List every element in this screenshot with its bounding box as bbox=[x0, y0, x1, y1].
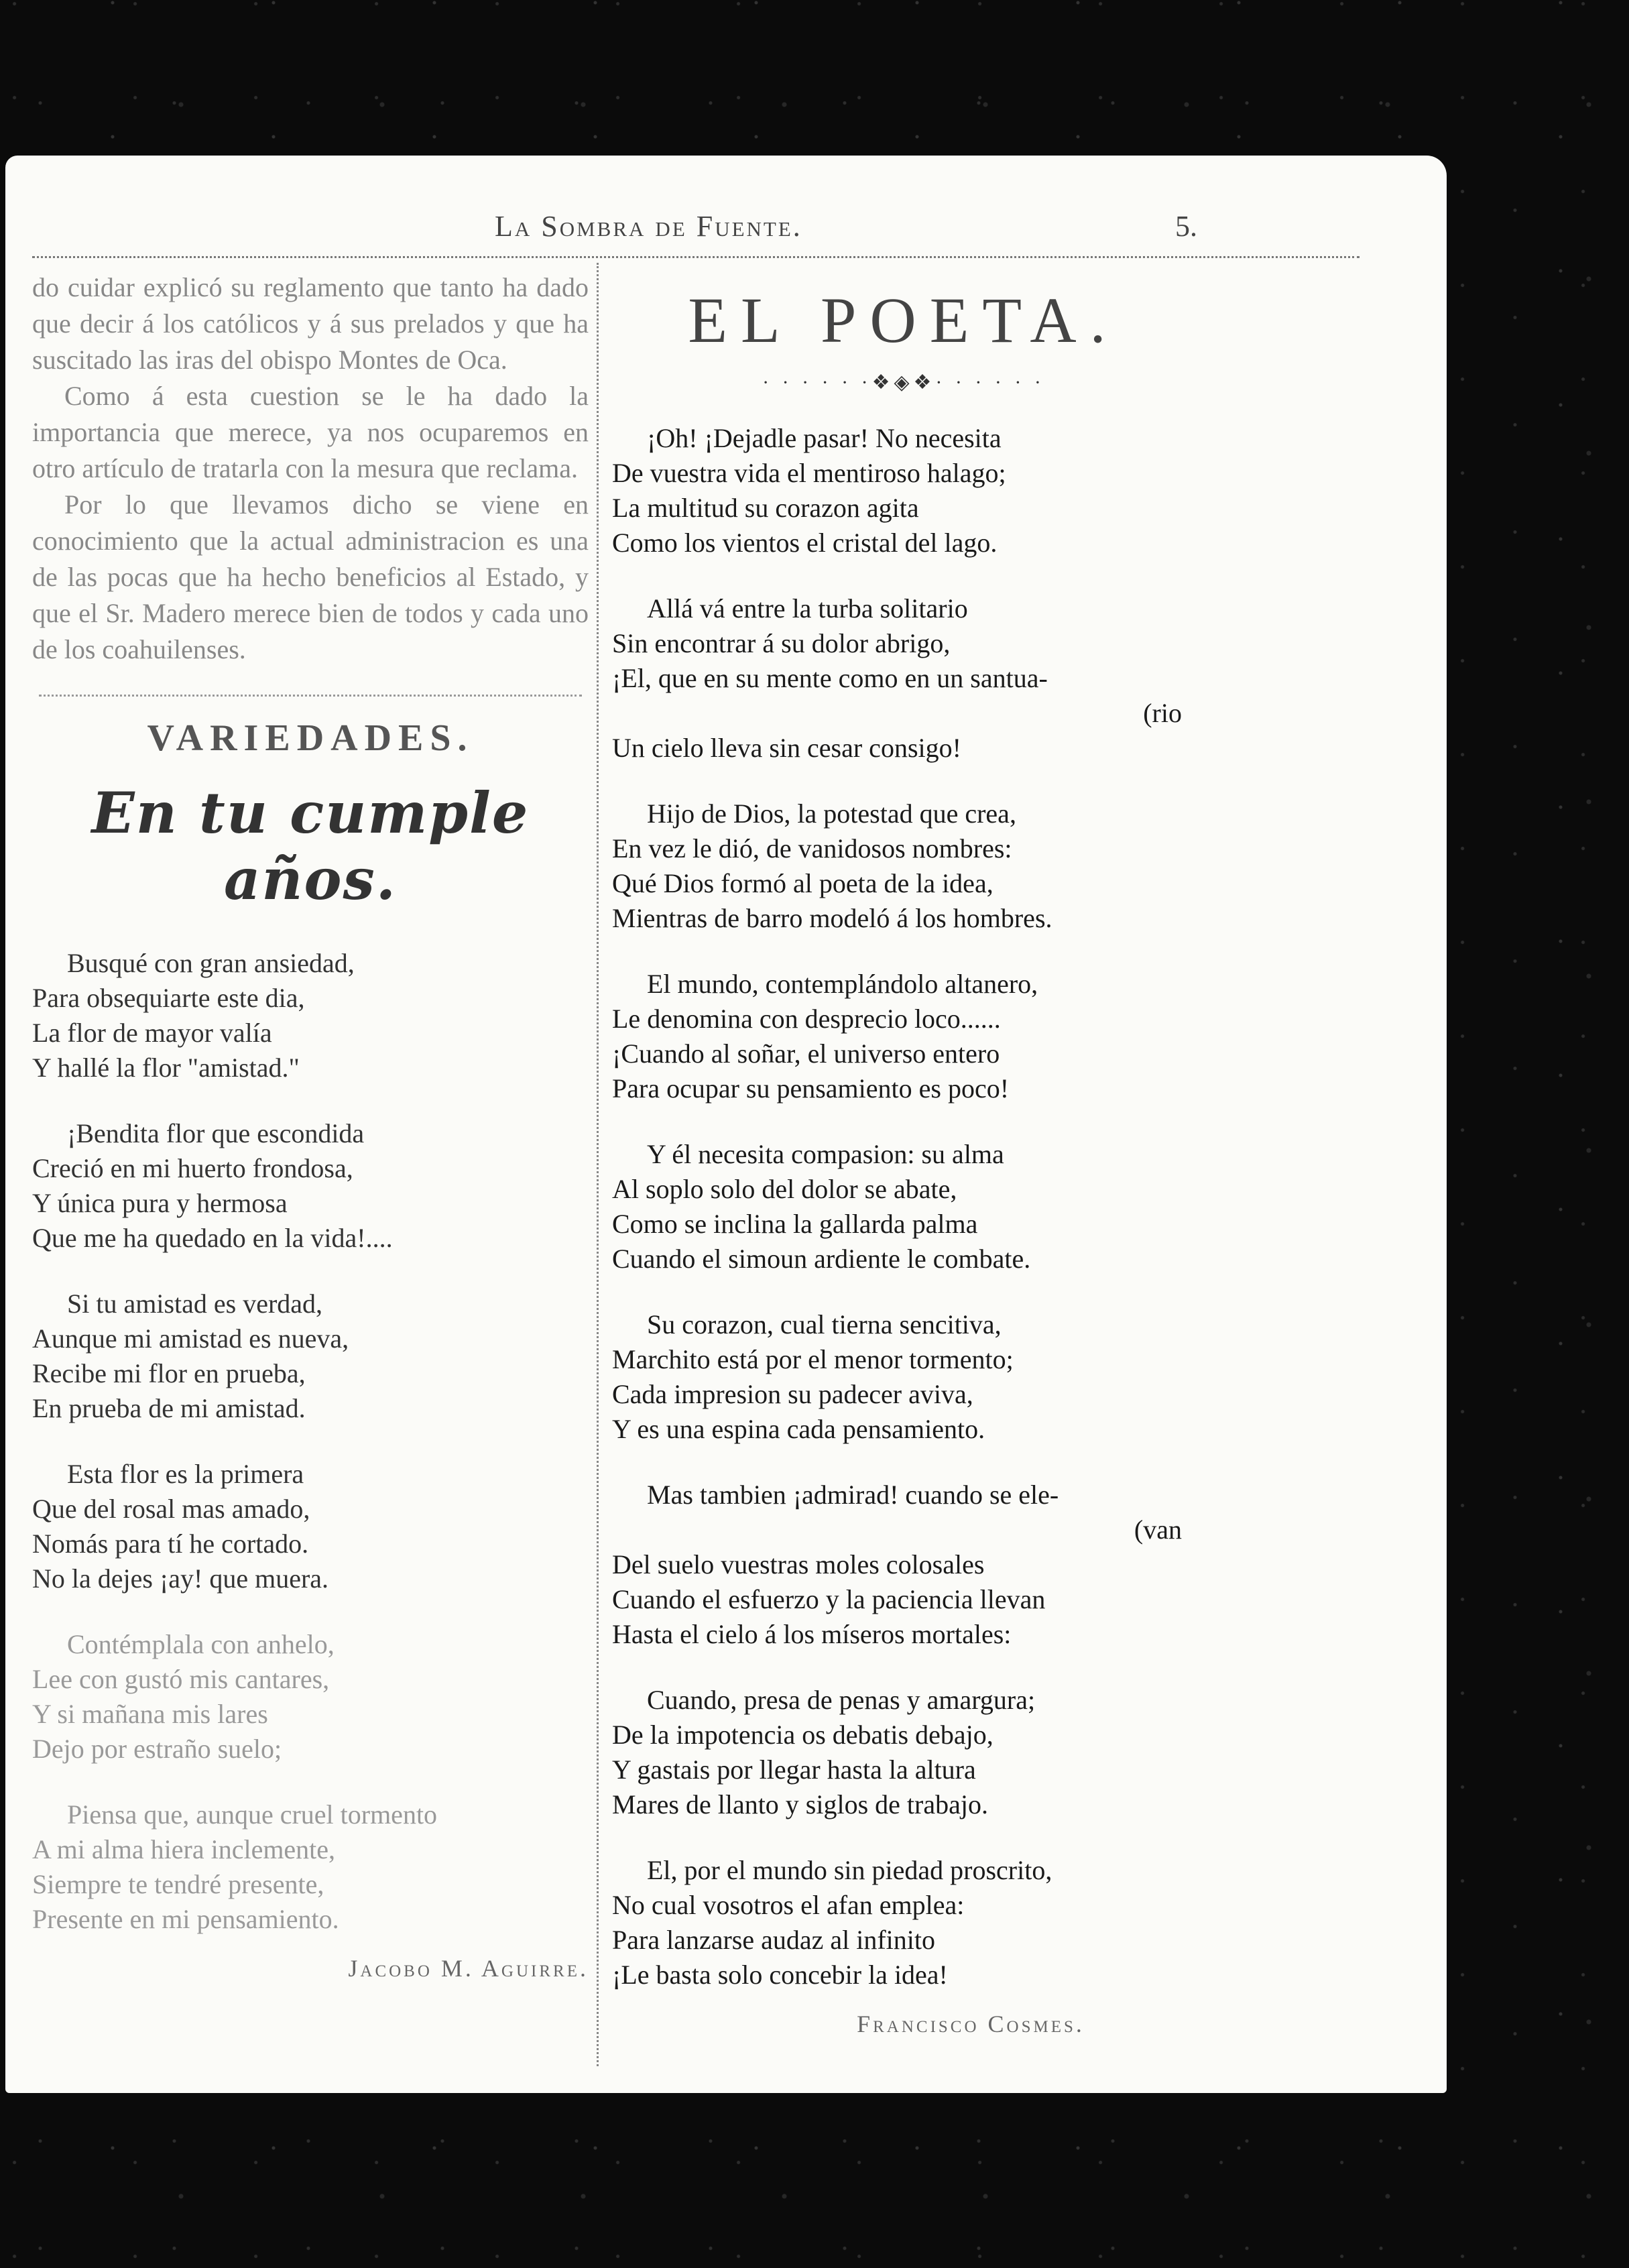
verse-line: Esta flor es la primera bbox=[32, 1457, 589, 1492]
stanza: Contémplala con anhelo, Lee con gustó mi… bbox=[32, 1627, 589, 1767]
stanza: Mas tambien ¡admirad! cuando se ele- (va… bbox=[612, 1478, 1195, 1652]
verse-line: Para lanzarse audaz al infinito bbox=[612, 1923, 1195, 1958]
verse-line: Si tu amistad es verdad, bbox=[32, 1287, 589, 1321]
verse-line: Recibe mi flor en prueba, bbox=[32, 1356, 589, 1391]
verse-line: Hijo de Dios, la potestad que crea, bbox=[612, 796, 1195, 831]
verse-line: Y él necesita compasion: su alma bbox=[612, 1137, 1195, 1172]
right-column: EL POETA. · · · · · ·❖◈❖· · · · · · ¡Oh!… bbox=[612, 270, 1195, 2038]
stanza: El mundo, contemplándolo altanero, Le de… bbox=[612, 967, 1195, 1106]
verse-line: De vuestra vida el mentiroso halago; bbox=[612, 456, 1195, 491]
stanza: ¡Bendita flor que escondida Creció en mi… bbox=[32, 1116, 589, 1256]
verse-line: Que del rosal mas amado, bbox=[32, 1492, 589, 1527]
ornament-divider: · · · · · ·❖◈❖· · · · · · bbox=[612, 371, 1195, 394]
verse-line: Para obsequiarte este dia, bbox=[32, 981, 589, 1016]
poem-title: EL POETA. bbox=[612, 283, 1195, 357]
verse-line: Sin encontrar á su dolor abrigo, bbox=[612, 626, 1195, 661]
verse-line-overflow: (rio bbox=[612, 696, 1195, 731]
verse-line: Y si mañana mis lares bbox=[32, 1697, 589, 1732]
page-number: 5. bbox=[1175, 209, 1197, 243]
stanza: Si tu amistad es verdad, Aunque mi amist… bbox=[32, 1287, 589, 1426]
verse-line: Y gastais por llegar hasta la altura bbox=[612, 1752, 1195, 1787]
verse-line: ¡Le basta solo concebir la idea! bbox=[612, 1958, 1195, 1992]
verse-line: En prueba de mi amistad. bbox=[32, 1391, 589, 1426]
left-column: do cuidar explicó su reglamento que tant… bbox=[32, 270, 589, 1982]
stanza: Busqué con gran ansiedad, Para obsequiar… bbox=[32, 946, 589, 1085]
verse-line: Como se inclina la gallarda palma bbox=[612, 1207, 1195, 1242]
verse-line: Como los vientos el cristal del lago. bbox=[612, 526, 1195, 560]
verse-line: Siempre te tendré presente, bbox=[32, 1867, 589, 1902]
verse-line: ¡Cuando al soñar, el universo entero bbox=[612, 1036, 1195, 1071]
verse-line: Y es una espina cada pensamiento. bbox=[612, 1412, 1195, 1447]
verse-line: Creció en mi huerto frondosa, bbox=[32, 1151, 589, 1186]
verse-line: Cada impresion su padecer aviva, bbox=[612, 1377, 1195, 1412]
newspaper-title: La Sombra de Fuente. bbox=[495, 209, 802, 243]
prose-paragraph: Como á esta cuestion se le ha dado la im… bbox=[32, 378, 589, 487]
verse-line: La multitud su corazon agita bbox=[612, 491, 1195, 526]
verse-line: Mares de llanto y siglos de trabajo. bbox=[612, 1787, 1195, 1822]
stanza: Cuando, presa de penas y amargura; De la… bbox=[612, 1683, 1195, 1822]
verse-line: Un cielo lleva sin cesar consigo! bbox=[612, 731, 1195, 766]
verse-line: Busqué con gran ansiedad, bbox=[32, 946, 589, 981]
verse-line: ¡El, que en su mente como en un santua- bbox=[612, 661, 1195, 696]
verse-line: Hasta el cielo á los míseros mortales: bbox=[612, 1617, 1195, 1652]
verse-line: Contémplala con anhelo, bbox=[32, 1627, 589, 1662]
verse-line: Le denomina con desprecio loco...... bbox=[612, 1002, 1195, 1036]
article-prose: do cuidar explicó su reglamento que tant… bbox=[32, 270, 589, 668]
stanza: Esta flor es la primera Que del rosal ma… bbox=[32, 1457, 589, 1596]
verse-line: Piensa que, aunque cruel tormento bbox=[32, 1797, 589, 1832]
verse-line: Que me ha quedado en la vida!.... bbox=[32, 1221, 589, 1256]
stanza: ¡Oh! ¡Dejadle pasar! No necesita De vues… bbox=[612, 421, 1195, 560]
verse-line: Cuando, presa de penas y amargura; bbox=[612, 1683, 1195, 1718]
stanza: Hijo de Dios, la potestad que crea, En v… bbox=[612, 796, 1195, 936]
verse-line: Marchito está por el menor tormento; bbox=[612, 1342, 1195, 1377]
poem-author: Jacobo M. Aguirre. bbox=[32, 1954, 589, 1982]
verse-line: El mundo, contemplándolo altanero, bbox=[612, 967, 1195, 1002]
verse-line: Y única pura y hermosa bbox=[32, 1186, 589, 1221]
verse-line: ¡Bendita flor que escondida bbox=[32, 1116, 589, 1151]
header-rule bbox=[32, 256, 1360, 258]
verse-line: No cual vosotros el afan emplea: bbox=[612, 1888, 1195, 1923]
poem-title: En tu cumple años. bbox=[32, 780, 589, 912]
verse-line: La flor de mayor valía bbox=[32, 1016, 589, 1051]
prose-paragraph: Por lo que llevamos dicho se viene en co… bbox=[32, 487, 589, 668]
verse-line: Su corazon, cual tierna sencitiva, bbox=[612, 1307, 1195, 1342]
poem-author: Francisco Cosmes. bbox=[612, 2010, 1195, 2038]
verse-line: A mi alma hiera inclemente, bbox=[32, 1832, 589, 1867]
verse-line: Dejo por estraño suelo; bbox=[32, 1732, 589, 1767]
stanza: Y él necesita compasion: su alma Al sopl… bbox=[612, 1137, 1195, 1276]
newspaper-page: La Sombra de Fuente. 5. do cuidar explic… bbox=[5, 156, 1447, 2093]
section-title: VARIEDADES. bbox=[32, 717, 589, 760]
verse-line: Para ocupar su pensamiento es poco! bbox=[612, 1071, 1195, 1106]
page-header: La Sombra de Fuente. 5. bbox=[5, 209, 1447, 249]
verse-line: Mientras de barro modeló á los hombres. bbox=[612, 901, 1195, 936]
verse-line: Mas tambien ¡admirad! cuando se ele- bbox=[612, 1478, 1195, 1512]
stanza: Su corazon, cual tierna sencitiva, March… bbox=[612, 1307, 1195, 1447]
stanza: El, por el mundo sin piedad proscrito, N… bbox=[612, 1853, 1195, 1992]
verse-line: ¡Oh! ¡Dejadle pasar! No necesita bbox=[612, 421, 1195, 456]
verse-line: No la dejes ¡ay! que muera. bbox=[32, 1561, 589, 1596]
verse-line: Y hallé la flor "amistad." bbox=[32, 1051, 589, 1085]
verse-line: Al soplo solo del dolor se abate, bbox=[612, 1172, 1195, 1207]
verse-line: Nomás para tí he cortado. bbox=[32, 1527, 589, 1561]
verse-line: Cuando el simoun ardiente le combate. bbox=[612, 1242, 1195, 1276]
verse-line: De la impotencia os debatis debajo, bbox=[612, 1718, 1195, 1752]
verse-line: Del suelo vuestras moles colosales bbox=[612, 1547, 1195, 1582]
verse-line-overflow: (van bbox=[612, 1512, 1195, 1547]
column-divider bbox=[597, 263, 599, 2066]
stanza: Piensa que, aunque cruel tormento A mi a… bbox=[32, 1797, 589, 1937]
verse-line: El, por el mundo sin piedad proscrito, bbox=[612, 1853, 1195, 1888]
section-rule bbox=[39, 695, 582, 697]
verse-line: Aunque mi amistad es nueva, bbox=[32, 1321, 589, 1356]
verse-line: Cuando el esfuerzo y la paciencia llevan bbox=[612, 1582, 1195, 1617]
verse-line: Lee con gustó mis cantares, bbox=[32, 1662, 589, 1697]
verse-line: Qué Dios formó al poeta de la idea, bbox=[612, 866, 1195, 901]
stanza: Allá vá entre la turba solitario Sin enc… bbox=[612, 591, 1195, 766]
verse-line: Allá vá entre la turba solitario bbox=[612, 591, 1195, 626]
prose-paragraph: do cuidar explicó su reglamento que tant… bbox=[32, 270, 589, 378]
poem-body: Busqué con gran ansiedad, Para obsequiar… bbox=[32, 946, 589, 1937]
verse-line: Presente en mi pensamiento. bbox=[32, 1902, 589, 1937]
verse-line: En vez le dió, de vanidosos nombres: bbox=[612, 831, 1195, 866]
